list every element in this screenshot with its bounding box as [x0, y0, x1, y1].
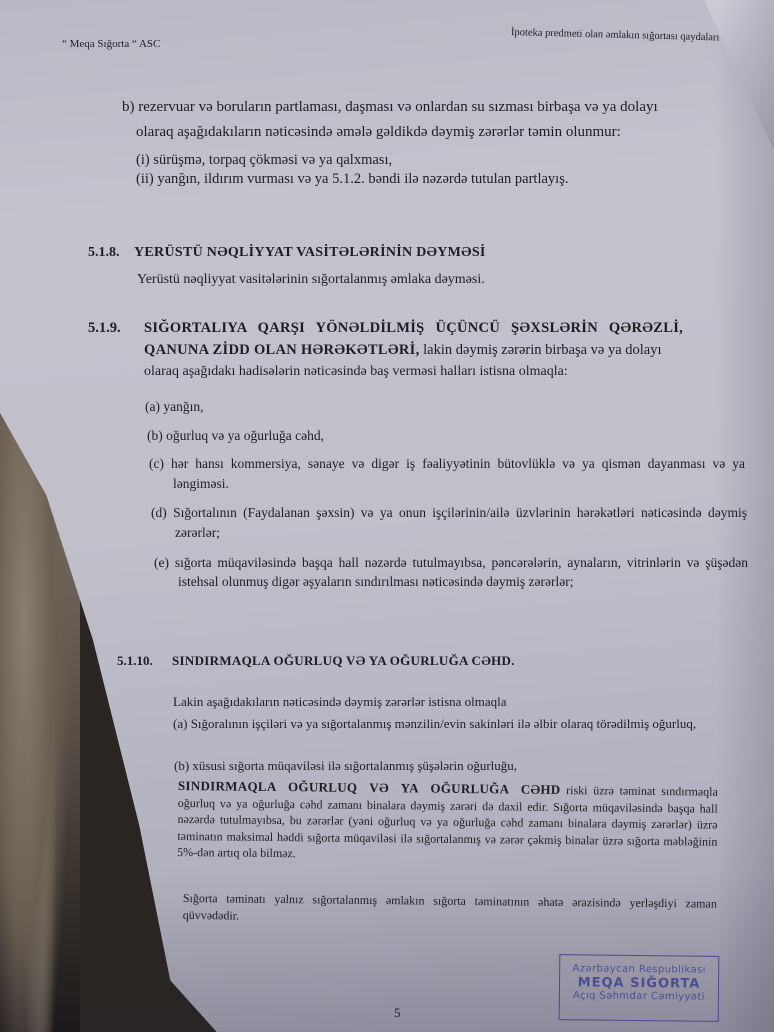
- section-5-1-8-text: Yerüstü nəqliyyat vasitələrinin sığortal…: [137, 270, 485, 290]
- section-5-1-8-title: YERÜSTÜ NƏQLİYYAT VASİTƏLƏRİNİN DƏYMƏSİ: [134, 243, 486, 263]
- item-b-line1: b) rezervuar və boruların partlaması, da…: [122, 97, 658, 117]
- section-5-1-9-number: 5.1.9.: [88, 318, 121, 338]
- item-label: (b): [147, 428, 163, 443]
- section-5-1-10-item-a: (a) Sığoralının işçiləri və ya sığortala…: [173, 714, 739, 733]
- section-5-1-9-title-line1: SIĞORTALIYA QARŞI YÖNƏLDİLMİŞ ÜÇÜNCÜ ŞƏX…: [144, 318, 683, 338]
- stamp-line-country: Azərbaycan Respublikası: [560, 963, 718, 976]
- stamp-line-type: Açıq Səhmdar Cəmiyyəti: [560, 990, 718, 1003]
- item-text: Sığortalının (Faydalanan şəxsin) və ya o…: [173, 505, 747, 540]
- company-stamp: Azərbaycan Respublikası MEQA SIĞORTA Açı…: [559, 954, 720, 1022]
- item-label: (e): [154, 555, 169, 570]
- item-text: Sığoralının işçiləri və ya sığortalanmış…: [191, 716, 696, 731]
- item-label: (b): [174, 758, 189, 773]
- stamp-line-company: MEQA SIĞORTA: [560, 975, 718, 992]
- item-text: yanğın,: [163, 399, 203, 414]
- section-5-1-10-intro: Lakin aşağıdakıların nəticəsində dəymiş …: [173, 692, 507, 712]
- item-label: (a): [145, 399, 160, 414]
- item-text: hər hansı kommersiya, sənaye və digər iş…: [171, 456, 745, 491]
- section-5-1-9-item-b: (b) oğurluq və ya oğurluğa cəhd,: [147, 426, 324, 446]
- page-number: 5: [394, 1005, 401, 1021]
- item-text: oğurluq və ya oğurluğa cəhd,: [166, 428, 324, 443]
- item-text: xüsusi sığorta müqaviləsi ilə sığortalan…: [192, 758, 517, 773]
- section-5-1-8-number: 5.1.8.: [88, 243, 120, 263]
- item-b-subitem-ii: (ii) yanğın, ildırım vurması və ya 5.1.2…: [136, 169, 568, 189]
- item-label: (d): [151, 505, 167, 520]
- section-5-1-10-number: 5.1.10.: [117, 651, 153, 671]
- item-label: (a): [173, 716, 187, 731]
- section-5-1-10-paragraph-1: SINDIRMAQLA OĞURLUQ VƏ YA OĞURLUĞA CƏHD …: [177, 778, 718, 866]
- header-company: “ Meqa Sığorta “ ASC: [62, 38, 160, 50]
- section-5-1-9-item-c: (c) hər hansı kommersiya, sənaye və digə…: [149, 454, 745, 494]
- section-5-1-9-item-e: (e) sığorta müqaviləsində başqa hall nəz…: [154, 553, 748, 591]
- item-b-line2: olaraq aşağıdakıların nəticəsində əmələ …: [136, 122, 621, 142]
- section-5-1-9-title-bold: QANUNA ZİDD OLAN HƏRƏKƏTLƏRİ,: [144, 342, 420, 358]
- section-5-1-9-item-d: (d) Sığortalının (Faydalanan şəxsin) və …: [151, 503, 747, 543]
- section-5-1-9-title-line2: QANUNA ZİDD OLAN HƏRƏKƏTLƏRİ, lakin dəym…: [144, 340, 662, 360]
- item-label: (c): [149, 456, 164, 471]
- section-5-1-10-item-b: (b) xüsusi sığorta müqaviləsi ilə sığort…: [174, 756, 517, 776]
- item-b-subitem-i: (i) sürüşmə, torpaq çökməsi və ya qalxma…: [136, 150, 392, 170]
- paragraph-bold-lead: SINDIRMAQLA OĞURLUQ VƏ YA OĞURLUĞA CƏHD: [178, 778, 561, 797]
- item-text: sığorta müqaviləsində başqa hall nəzərdə…: [175, 555, 748, 589]
- section-5-1-9-title-rest: lakin dəymiş zərərin birbaşa və ya dolay…: [420, 342, 662, 358]
- section-5-1-9-item-a: (a) yanğın,: [145, 397, 203, 417]
- section-5-1-10-title: SINDIRMAQLA OĞURLUQ VƏ YA OĞURLUĞA CƏHD.: [172, 651, 515, 671]
- section-5-1-9-line3: olaraq aşağıdakı hadisələrin nəticəsində…: [144, 362, 568, 382]
- section-5-1-10-paragraph-2: Sığorta təminatı yalnız sığortalanmış əm…: [183, 890, 717, 929]
